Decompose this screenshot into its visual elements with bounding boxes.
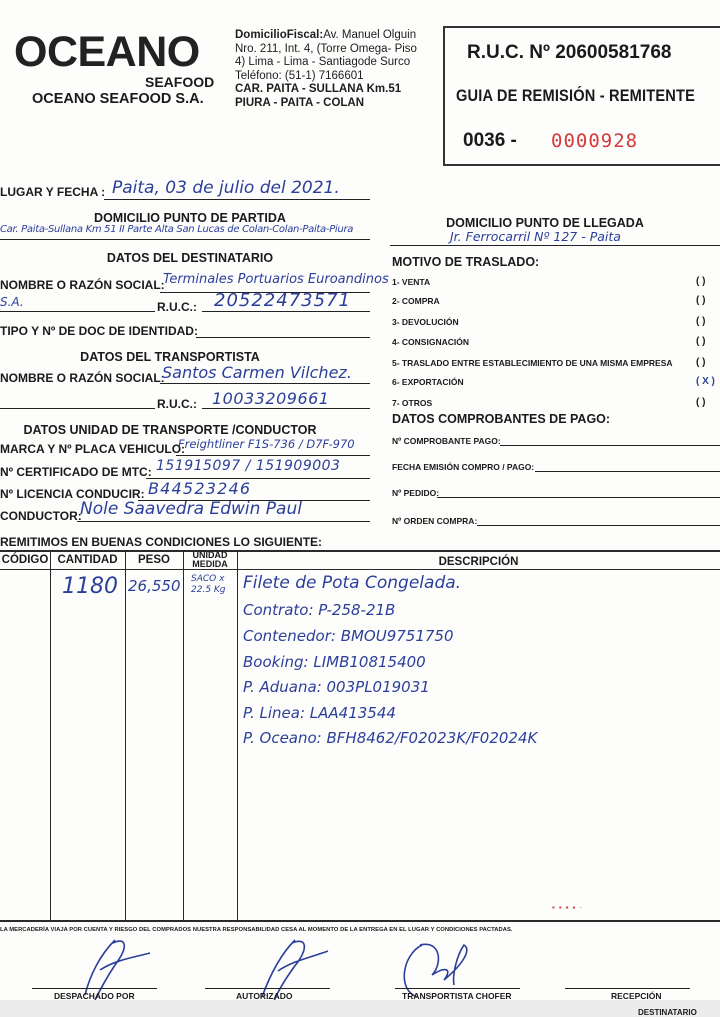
pago-field-label: Nº COMPROBANTE PAGO: xyxy=(392,436,501,446)
motivo-item-label: 2- COMPRA xyxy=(392,296,440,306)
transportista-title: DATOS DEL TRANSPORTISTA xyxy=(40,350,300,364)
document-serie: 0036 - xyxy=(463,130,517,152)
marca-value: Freightliner F1S-736 / D7F-970 xyxy=(178,437,355,451)
description-line: P. Aduana: 003PL019031 xyxy=(243,678,430,696)
destinatario-title: DATOS DEL DESTINATARIO xyxy=(60,251,320,265)
page-bottom-edge xyxy=(0,1000,720,1017)
table-divider xyxy=(183,550,184,920)
col-header-descripcion: DESCRIPCIÓN xyxy=(237,556,720,568)
address-line: 4) Lima - Lima - Santiagode Surco xyxy=(235,56,435,70)
description-line: Contrato: P-258-21B xyxy=(243,601,395,619)
address-line: Av. Manuel Olguin xyxy=(323,29,416,41)
conductor-value: Nole Saavedra Edwin Paul xyxy=(80,499,302,519)
motivo-item-label: 5- TRASLADO ENTRE ESTABLECIMIENTO DE UNA… xyxy=(392,358,673,368)
address-line: Nro. 211, Int. 4, (Torre Omega- Piso xyxy=(235,43,435,57)
description-line: Filete de Pota Congelada. xyxy=(243,573,461,593)
signature-line xyxy=(395,988,520,989)
pago-field-input[interactable] xyxy=(477,510,720,526)
plant-line: CAR. PAITA - SULLANA Km.51 xyxy=(235,83,401,95)
motivo-item-label: 7- OTROS xyxy=(392,398,432,408)
address-label: DomicilioFiscal: xyxy=(235,29,323,41)
motivo-item-label: 6- EXPORTACIÓN xyxy=(392,377,464,387)
row-peso: 26,550 xyxy=(128,577,181,595)
destinatario-nombre-value: Terminales Portuarios Euroandinos xyxy=(163,272,389,287)
motivo-checkbox[interactable]: ( ) xyxy=(696,295,705,306)
stamp-marks: ▪▪▪▪· xyxy=(552,903,586,912)
marca-label: MARCA Y Nº PLACA VEHICULO: xyxy=(0,442,185,456)
destinatario-nombre-label: NOMBRE O RAZÓN SOCIAL: xyxy=(0,278,165,292)
transportista-blank-line xyxy=(0,391,155,409)
pago-field-input[interactable] xyxy=(500,430,720,446)
brand-logo: OCEANO xyxy=(14,28,200,77)
company-address: DomicilioFiscal:Av. Manuel Olguin Nro. 2… xyxy=(235,29,435,111)
row-unidad: SACO x22.5 Kg xyxy=(191,574,226,596)
document-number: 0000928 xyxy=(551,130,638,152)
destinatario-ruc-label: R.U.C.: xyxy=(157,300,197,314)
table-divider xyxy=(237,550,238,920)
company-name: OCEANO SEAFOOD S.A. xyxy=(32,91,204,107)
motivo-item-label: 3- DEVOLUCIÓN xyxy=(392,317,459,327)
transportista-nombre-value: Santos Carmen Vilchez. xyxy=(162,363,352,382)
company-ruc: R.U.C. Nº 20600581768 xyxy=(467,42,671,64)
destinatario-nombre-field-2[interactable] xyxy=(0,294,155,312)
guia-remision-page: OCEANO SEAFOOD OCEANO SEAFOOD S.A. Domic… xyxy=(0,0,720,1000)
row-unidad-2: 22.5 Kg xyxy=(191,585,226,595)
transportista-ruc-value: 10033209661 xyxy=(212,389,329,408)
motivo-checkbox[interactable]: ( ) xyxy=(696,316,705,327)
pago-field-label: FECHA EMISIÓN COMPRO / PAGO: xyxy=(392,462,534,472)
mtc-label: Nº CERTIFICADO DE MTC: xyxy=(0,465,152,479)
col-header-cantidad: CANTIDAD xyxy=(50,554,125,566)
destinatario-doc-label: TIPO Y Nº DE DOC DE IDENTIDAD: xyxy=(0,324,198,338)
transportista-nombre-label: NOMBRE O RAZÓN SOCIAL: xyxy=(0,371,165,385)
motivo-checkbox[interactable]: ( ) xyxy=(696,397,705,408)
pago-field-label: Nº ORDEN COMPRA: xyxy=(392,516,477,526)
plant-line: PIURA - PAITA - COLAN xyxy=(235,97,364,109)
mtc-value: 151915097 / 151909003 xyxy=(156,458,340,474)
address-phone: Teléfono: (51-1) 7166601 xyxy=(235,70,435,84)
col-header-unidad: UNIDADMEDIDA xyxy=(183,551,237,569)
table-divider xyxy=(50,550,51,920)
pago-field-label: Nº PEDIDO: xyxy=(392,488,439,498)
table-top-border xyxy=(0,550,720,552)
signature-line xyxy=(205,988,330,989)
table-divider xyxy=(125,550,126,920)
brand-subtitle: SEAFOOD xyxy=(145,74,214,90)
llegada-value: Jr. Ferrocarril Nº 127 - Paita xyxy=(450,229,621,244)
unidad-title: DATOS UNIDAD DE TRANSPORTE /CONDUCTOR xyxy=(20,423,320,437)
motivo-item-label: 4- CONSIGNACIÓN xyxy=(392,337,469,347)
motivo-checkbox[interactable]: ( X ) xyxy=(696,376,715,387)
row-cantidad: 1180 xyxy=(62,574,118,599)
lugar-fecha-label: LUGAR Y FECHA : xyxy=(0,185,105,199)
table-bottom-border xyxy=(0,920,720,922)
description-line: P. Oceano: BFH8462/F02023K/F02024K xyxy=(243,729,537,747)
pago-field-input[interactable] xyxy=(437,482,720,498)
pago-field-input[interactable] xyxy=(535,456,720,472)
trailing-destinatario: DESTINATARIO xyxy=(638,1008,697,1017)
motivo-checkbox[interactable]: ( ) xyxy=(696,357,705,368)
licencia-value: B44523246 xyxy=(148,479,251,498)
col-header-codigo: CÓDIGO xyxy=(0,554,50,566)
motivo-title: MOTIVO DE TRASLADO: xyxy=(392,255,539,269)
signature-line xyxy=(565,988,690,989)
pago-title: DATOS COMPROBANTES DE PAGO: xyxy=(392,412,610,426)
destinatario-ruc-value: 20522473571 xyxy=(214,290,351,311)
col-header-unidad-2: MEDIDA xyxy=(192,559,228,569)
motivo-item-label: 1- VENTA xyxy=(392,277,430,287)
lugar-fecha-value: Paita, 03 de julio del 2021. xyxy=(112,178,340,198)
partida-value: Car. Paita-Sullana Km 51 II Parte Alta S… xyxy=(0,224,353,235)
conductor-label: CONDUCTOR: xyxy=(0,509,82,523)
motivo-checkbox[interactable]: ( ) xyxy=(696,336,705,347)
description-line: P. Linea: LAA413544 xyxy=(243,704,396,722)
description-line: Booking: LIMB10815400 xyxy=(243,653,426,671)
table-intro: REMITIMOS EN BUENAS CONDICIONES LO SIGUI… xyxy=(0,535,322,549)
table-header-border xyxy=(0,569,720,570)
transportista-ruc-label: R.U.C.: xyxy=(157,397,197,411)
col-header-peso: PESO xyxy=(125,554,183,566)
motivo-checkbox[interactable]: ( ) xyxy=(696,276,705,287)
destinatario-doc-field[interactable] xyxy=(196,320,370,338)
document-type: GUIA DE REMISIÓN - REMITENTE xyxy=(456,86,695,106)
row-unidad-1: SACO x xyxy=(191,574,224,584)
disclaimer: LA MERCADERÍA VIAJA POR CUENTA Y RIESGO … xyxy=(0,927,513,933)
signature-line xyxy=(32,988,157,989)
description-line: Contenedor: BMOU9751750 xyxy=(243,627,454,645)
